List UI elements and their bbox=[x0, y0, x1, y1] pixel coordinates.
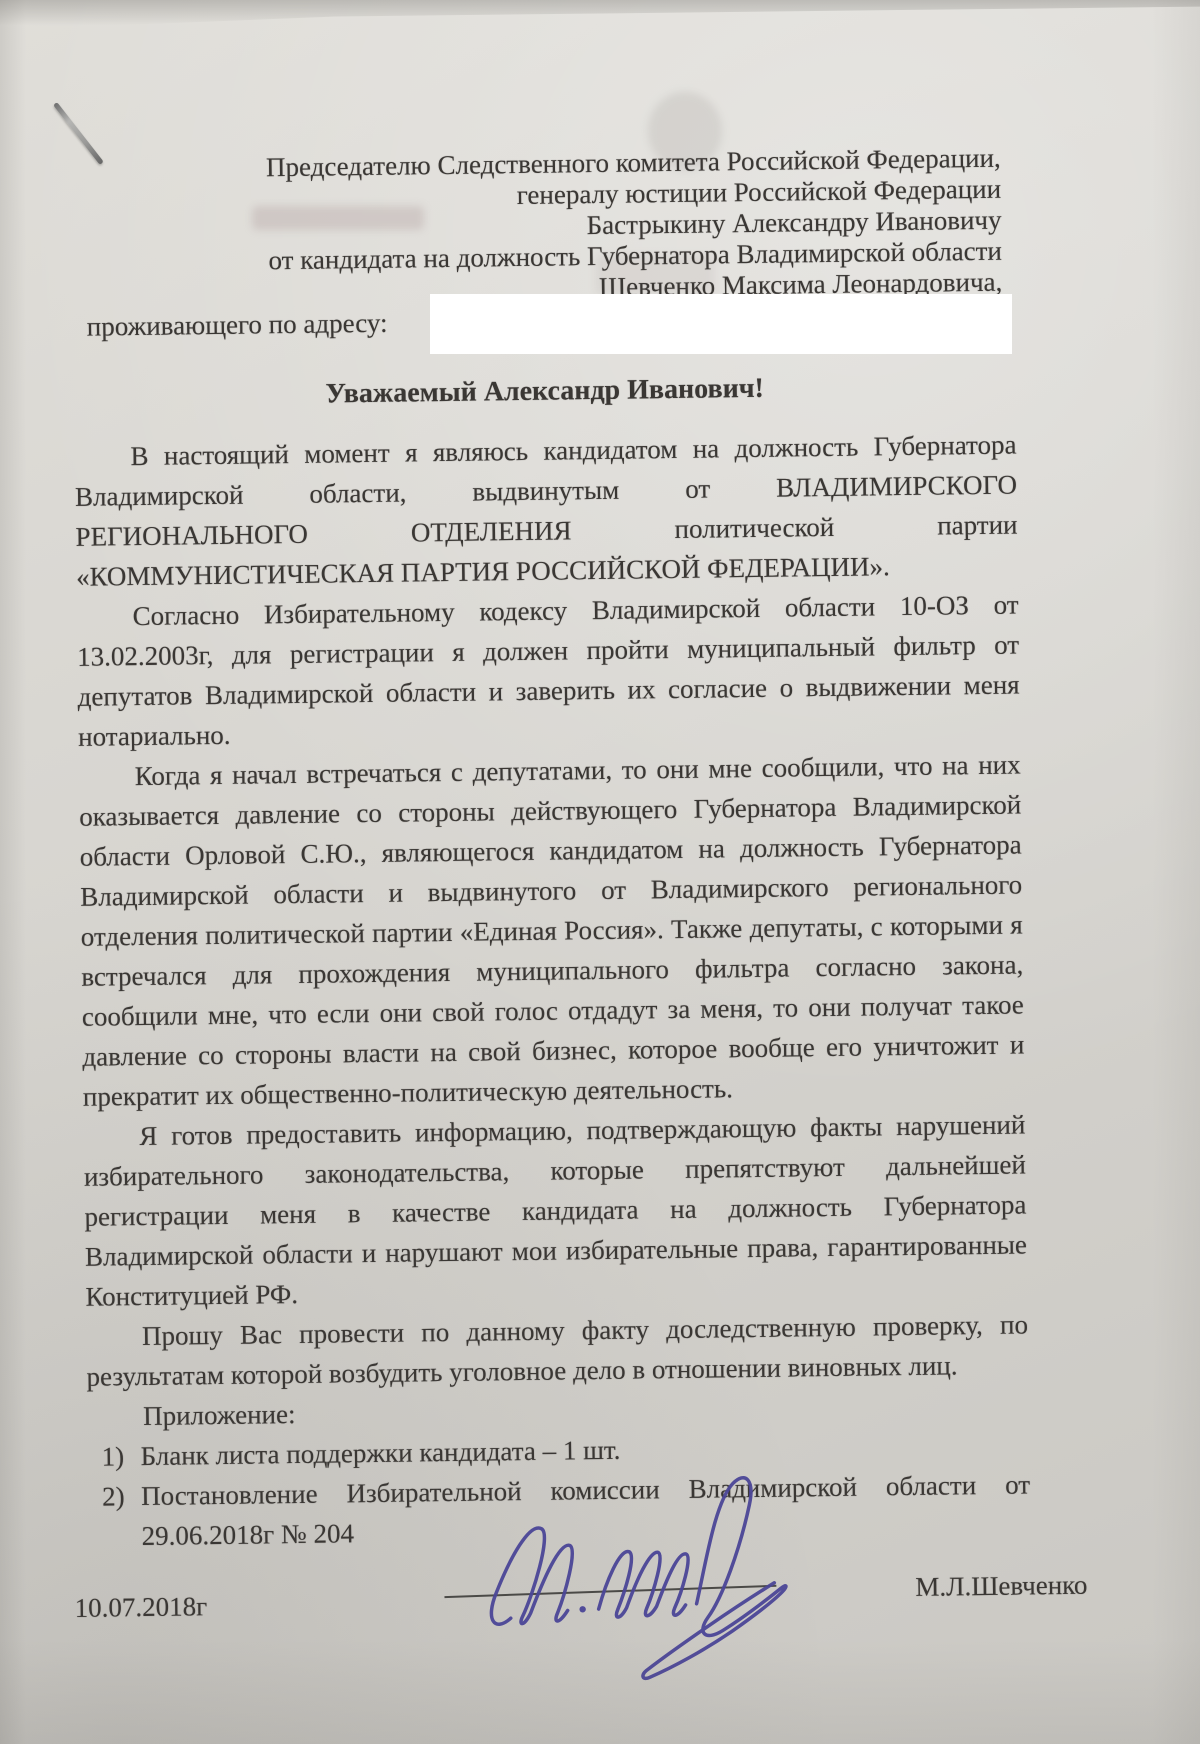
signature-ink bbox=[423, 1452, 811, 1702]
signature-block bbox=[423, 1452, 811, 1702]
signer-name: М.Л.Шевченко bbox=[915, 1570, 1087, 1603]
recipient-block: Председателю Следственного комитета Росс… bbox=[71, 143, 1003, 310]
body-paragraph-3: Когда я начал встречаться с депутатами, … bbox=[78, 744, 1025, 1116]
letter-content: Председателю Следственного комитета Росс… bbox=[0, 0, 1200, 1744]
document-photo: Председателю Следственного комитета Росс… bbox=[0, 0, 1200, 1744]
body-paragraph-2: Согласно Избирательному кодексу Владимир… bbox=[76, 585, 1020, 757]
address-redaction-box bbox=[430, 294, 1012, 354]
salutation: Уважаемый Александр Иванович! bbox=[74, 369, 1016, 415]
signature-date: 10.07.2018г bbox=[74, 1591, 207, 1624]
body-paragraph-1: В настоящий момент я являюсь кандидатом … bbox=[74, 425, 1018, 597]
body-paragraph-5: Прошу Вас провести по данному факту досл… bbox=[86, 1304, 1029, 1396]
body-paragraph-4: Я готов предоставить информацию, подтвер… bbox=[83, 1104, 1028, 1316]
attachment-number: 2) bbox=[102, 1476, 125, 1516]
attachment-number: 1) bbox=[101, 1436, 124, 1476]
